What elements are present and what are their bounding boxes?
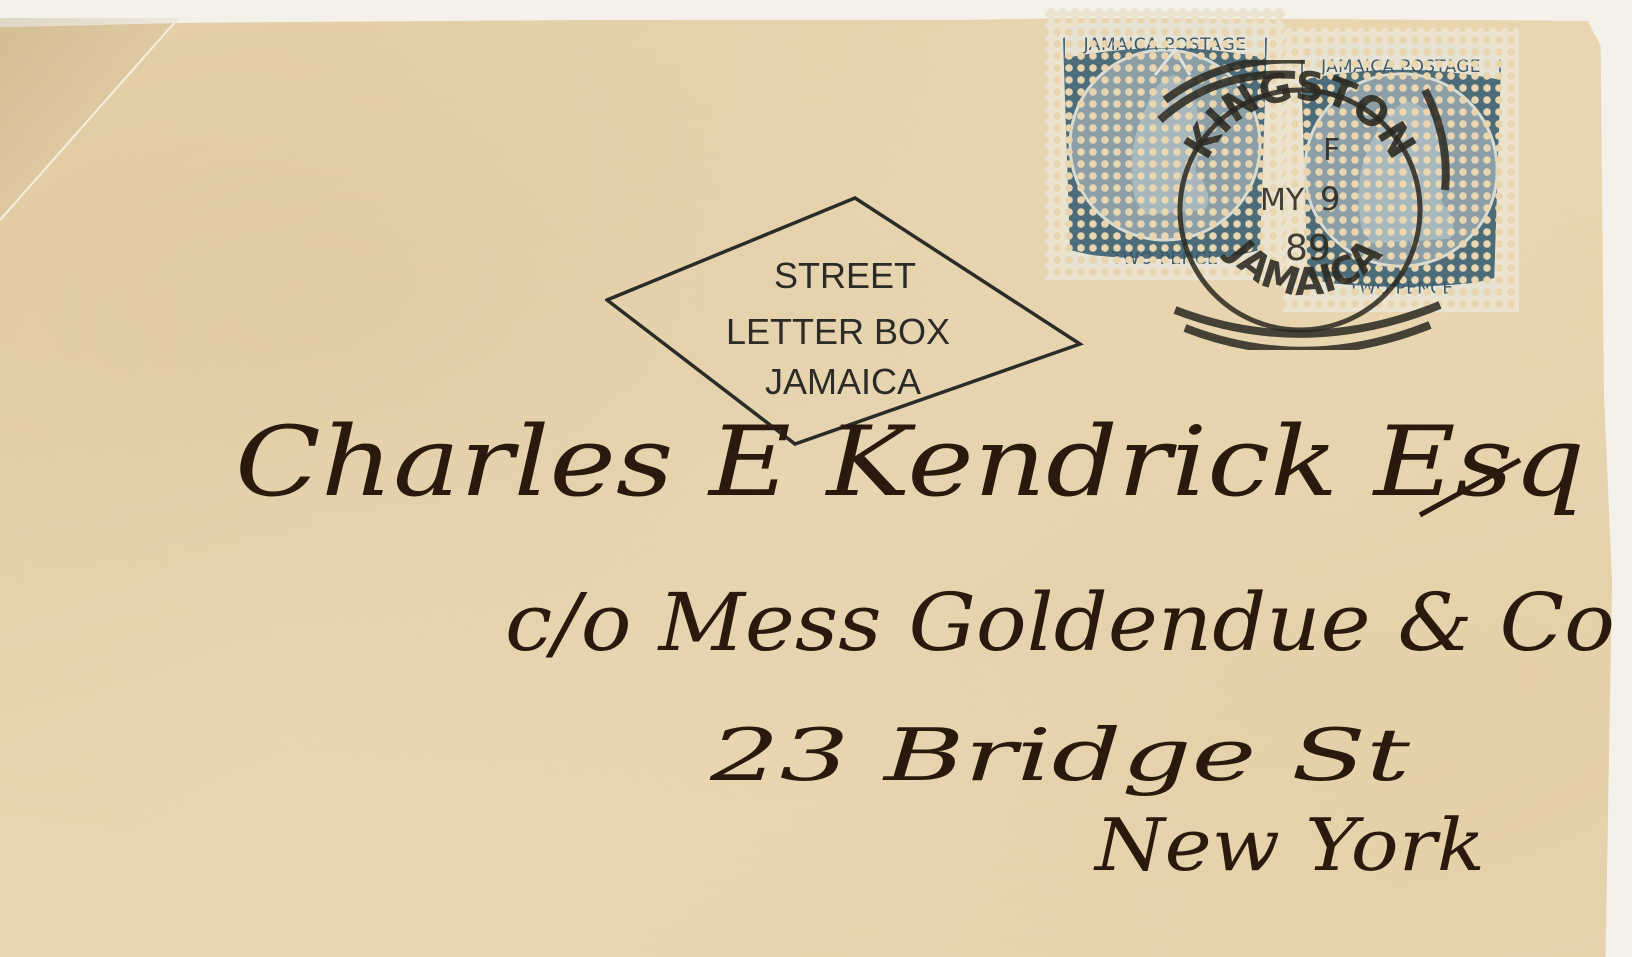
stamp-design: JAMAICA POSTAGE TWO PENCE (1293, 40, 1509, 300)
stamp-right: JAMAICA POSTAGE TWO PENCE (1283, 28, 1519, 312)
street-letter-box-cancel: STREET LETTER BOX JAMAICA (605, 196, 1085, 446)
cancel-line-1: STREET (774, 255, 916, 296)
cancel-line-2: LETTER BOX (726, 311, 950, 352)
stamp-design: JAMAICA POSTAGE TWO PENCE (1055, 20, 1275, 268)
stamp-right-top-text: JAMAICA POSTAGE (1320, 57, 1481, 76)
cancel-line-3: JAMAICA (765, 361, 921, 402)
stamp-left-top-text: JAMAICA POSTAGE (1083, 35, 1247, 55)
stamp-right-bottom-text: TWO PENCE (1348, 279, 1454, 298)
stamp-left-bottom-text: TWO PENCE (1111, 249, 1219, 268)
